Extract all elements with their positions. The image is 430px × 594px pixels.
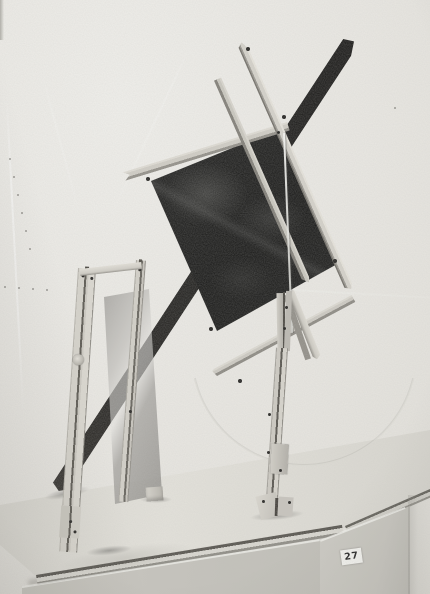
left-frame-top-beam	[80, 262, 142, 276]
screw-dot	[333, 259, 337, 263]
sculpture-photograph: 27	[0, 0, 430, 594]
scratch-line	[6, 98, 24, 413]
screw-dot	[262, 500, 265, 503]
photo-corner-notch	[0, 0, 4, 40]
screw-dot	[267, 451, 270, 454]
scratch-line	[41, 72, 82, 217]
screw-dot	[90, 277, 93, 280]
screw-dot	[209, 327, 213, 331]
exhibit-number-label: 27	[340, 548, 363, 566]
glass-circle-edge	[191, 378, 417, 466]
screw-dot	[288, 501, 291, 504]
screw-dot	[129, 410, 132, 413]
screw-dot	[283, 327, 286, 330]
screw-dot	[277, 131, 280, 134]
glass-circle-region	[180, 378, 430, 530]
faint-wire	[293, 289, 430, 298]
screw-dot	[238, 379, 242, 383]
leg-clamp-right	[284, 291, 292, 351]
screw-dot	[282, 115, 286, 119]
post-joint-disc	[73, 354, 85, 366]
screw-dot	[268, 413, 271, 416]
exhibit-number-text: 27	[344, 550, 360, 563]
screw-dot	[285, 306, 288, 309]
screw-dot	[246, 47, 250, 51]
screw-dot	[146, 177, 150, 181]
right-post-foot	[146, 486, 164, 501]
screw-dot	[279, 469, 282, 472]
leg-foot-block	[277, 496, 293, 516]
